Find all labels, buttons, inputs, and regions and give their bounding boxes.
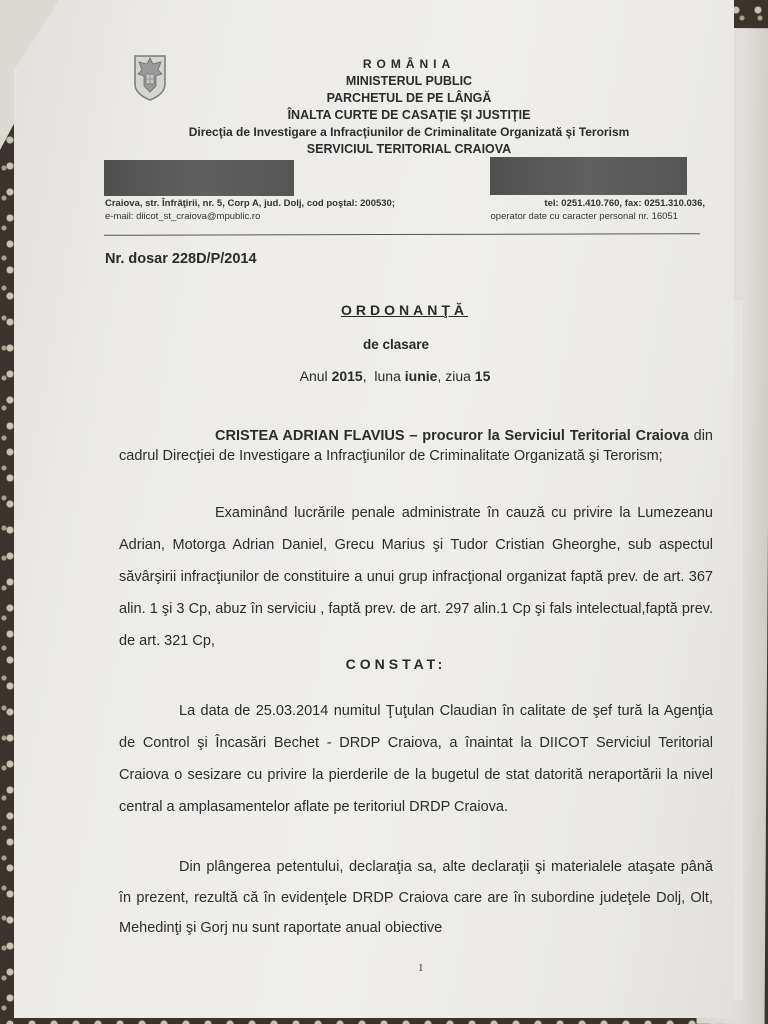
institution-header: ROMÂNIA MINISTERUL PUBLIC PARCHETUL DE P… (119, 56, 699, 158)
document-page: ROMÂNIA MINISTERUL PUBLIC PARCHETUL DE P… (14, 0, 734, 1018)
office-name-line2: ÎNALTA CURTE DE CASAŢIE ŞI JUSTIŢIE (119, 107, 699, 124)
phone-fax: tel: 0251.410.760, fax: 0251.310.036, (544, 197, 705, 210)
day-value: 15 (475, 368, 491, 384)
page-number: 1 (418, 962, 424, 974)
month-label: luna (374, 368, 400, 384)
office-name-line1: PARCHETUL DE PE LÂNGĂ (119, 90, 699, 107)
document-subtitle: de clasare (14, 337, 734, 352)
examining-text: Examinând lucrările penale administrate … (119, 505, 713, 649)
year-label: Anul (300, 368, 328, 384)
service-name: SERVICIUL TERITORIAL CRAIOVA (119, 141, 699, 158)
prosecutor-paragraph: CRISTEA ADRIAN FLAVIUS – procuror la Ser… (119, 426, 713, 466)
contact-info: Craiova, str. Înfrăţirii, nr. 5, Corp A,… (105, 197, 705, 223)
finding-paragraph-2: Din plângerea petentului, declaraţia sa,… (119, 852, 713, 944)
month-value: iunie (405, 368, 438, 384)
section-heading: CONSTAT: (14, 656, 734, 672)
document-title: ORDONANŢĂ (341, 302, 468, 318)
header-divider (104, 233, 700, 236)
directorate-name: Direcţia de Investigare a Infracţiunilor… (119, 124, 699, 141)
email: e-mail: diicot_st_craiova@mpublic.ro (105, 210, 260, 223)
file-number: Nr. dosar 228D/P/2014 (105, 251, 257, 267)
finding-paragraph-1: La data de 25.03.2014 numitul Ţuţulan Cl… (119, 695, 713, 823)
year-value: 2015 (332, 368, 363, 384)
day-label: ziua (445, 368, 471, 384)
ministry-name: MINISTERUL PUBLIC (119, 73, 699, 90)
prosecutor-name-role: CRISTEA ADRIAN FLAVIUS – procuror la Ser… (215, 428, 631, 444)
redaction-box-left (104, 160, 294, 196)
finding-text-2: Din plângerea petentului, declaraţia sa,… (119, 859, 713, 936)
data-operator-number: operator date cu caracter personal nr. 1… (491, 210, 705, 223)
prosecutor-city: Craiova (636, 428, 689, 444)
examining-paragraph: Examinând lucrările penale administrate … (119, 497, 713, 657)
country-name: ROMÂNIA (119, 56, 699, 73)
finding-text-1: La data de 25.03.2014 numitul Ţuţulan Cl… (119, 703, 713, 815)
address: Craiova, str. Înfrăţirii, nr. 5, Corp A,… (105, 197, 395, 210)
redaction-box-right (490, 157, 687, 195)
document-date: Anul 2015, luna iunie, ziua 15 (14, 368, 734, 384)
